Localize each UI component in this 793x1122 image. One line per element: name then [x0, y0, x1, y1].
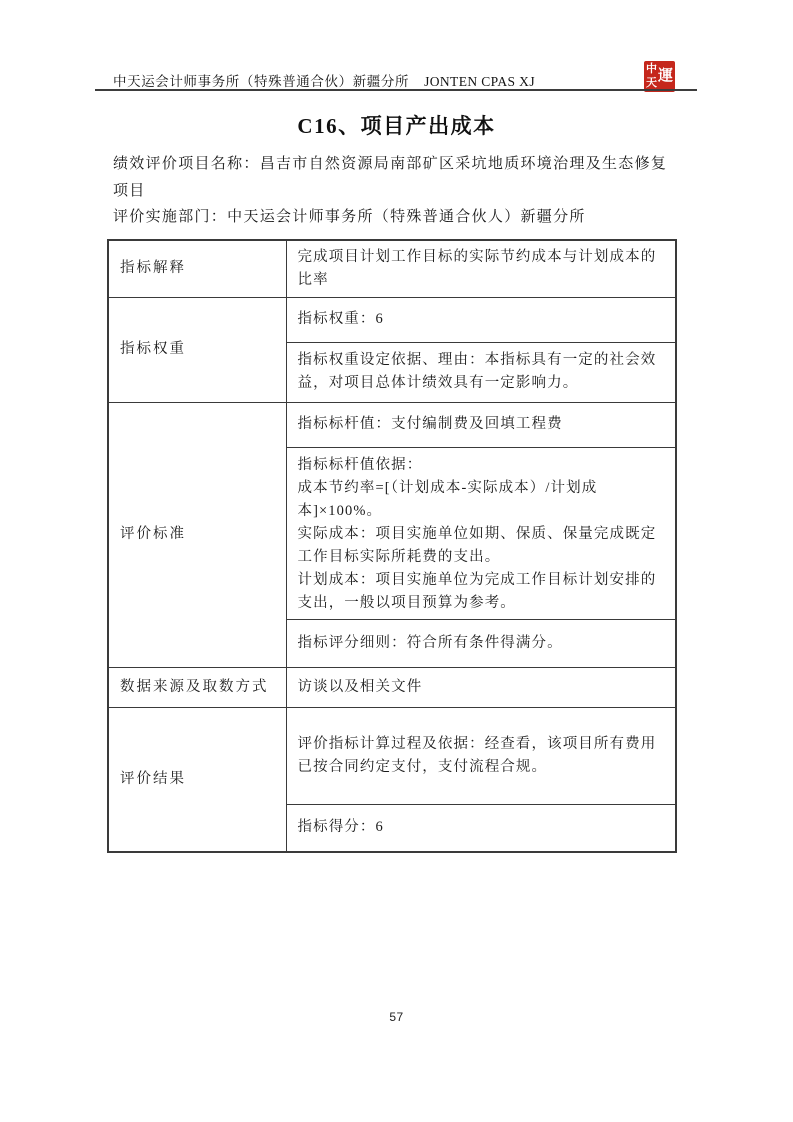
cell-text: 指标权重设定依据、理由：本指标具有一定的社会效益，对项目总体计绩效具有一定影响力…: [298, 349, 668, 395]
meta-block: 绩效评价项目名称：昌吉市自然资源局南部矿区采坑地质环境治理及生态修复项目 评价实…: [113, 151, 679, 231]
cell-text: 计划成本：项目实施单位为完成工作目标计划安排的支出，一般以项目预算为参考。: [298, 569, 668, 615]
table-row: 指标解释 完成项目计划工作目标的实际节约成本与计划成本的比率: [108, 240, 676, 297]
cell-text: 实际成本：项目实施单位如期、保质、保量完成既定工作目标实际所耗费的支出。: [298, 523, 668, 569]
cell-weight-basis: 指标权重设定依据、理由：本指标具有一定的社会效益，对项目总体计绩效具有一定影响力…: [286, 342, 676, 402]
table-row: 评价结果 评价指标计算过程及依据：经查看，该项目所有费用已按合同约定支付，支付流…: [108, 707, 676, 804]
firm-name-cn: 中天运会计师事务所（特殊普通合伙）新疆分所: [113, 74, 409, 89]
cell-data-source: 访谈以及相关文件: [286, 667, 676, 707]
document-page: 中天运会计师事务所（特殊普通合伙）新疆分所JONTEN CPAS XJ 中 天 …: [0, 0, 793, 1122]
cell-text: 访谈以及相关文件: [298, 676, 668, 699]
cell-benchmark-basis: 指标标杆值依据： 成本节约率=[（计划成本-实际成本）/计划成本]×100%。 …: [286, 447, 676, 619]
cell-text: 完成项目计划工作目标的实际节约成本与计划成本的比率: [298, 246, 668, 292]
cell-text: 指标得分：6: [298, 816, 668, 839]
row-label-data-source: 数据来源及取数方式: [108, 667, 286, 707]
cell-indicator-score: 指标得分：6: [286, 804, 676, 852]
table-row: 数据来源及取数方式 访谈以及相关文件: [108, 667, 676, 707]
table-row: 评价标准 指标标杆值：支付编制费及回填工程费: [108, 402, 676, 447]
cell-text: 评价指标计算过程及依据：经查看，该项目所有费用已按合同约定支付，支付流程合规。: [298, 733, 668, 779]
firm-name-en: JONTEN CPAS XJ: [424, 74, 535, 89]
department-line: 评价实施部门：中天运会计师事务所（特殊普通合伙人）新疆分所: [113, 204, 679, 231]
row-label-indicator-explanation: 指标解释: [108, 240, 286, 297]
page-header: 中天运会计师事务所（特殊普通合伙）新疆分所JONTEN CPAS XJ: [113, 70, 535, 90]
project-name-label: 绩效评价项目名称：: [113, 156, 260, 172]
indicator-table: 指标解释 完成项目计划工作目标的实际节约成本与计划成本的比率 指标权重 指标权重…: [107, 239, 677, 853]
cell-scoring-rule: 指标评分细则：符合所有条件得满分。: [286, 619, 676, 667]
seal-char-bottom: 天: [646, 78, 657, 89]
row-label-evaluation-criteria: 评价标准: [108, 402, 286, 667]
cell-text: 指标评分细则：符合所有条件得满分。: [298, 632, 668, 655]
department-label: 评价实施部门：: [113, 209, 227, 225]
table-row: 指标权重 指标权重：6: [108, 297, 676, 342]
row-label-indicator-weight: 指标权重: [108, 297, 286, 402]
cell-text: 指标权重：6: [298, 308, 668, 331]
row-label-evaluation-result: 评价结果: [108, 707, 286, 852]
project-name-line: 绩效评价项目名称：昌吉市自然资源局南部矿区采坑地质环境治理及生态修复项目: [113, 151, 679, 204]
cell-indicator-weight: 指标权重：6: [286, 297, 676, 342]
seal-left-column: 中 天: [644, 61, 657, 92]
department-value: 中天运会计师事务所（特殊普通合伙人）新疆分所: [227, 209, 586, 225]
cell-text: 指标标杆值依据：: [298, 454, 668, 477]
cell-text: 指标标杆值：支付编制费及回填工程费: [298, 413, 668, 436]
seal-right-column: 運: [657, 61, 675, 92]
cell-calculation-process: 评价指标计算过程及依据：经查看，该项目所有费用已按合同约定支付，支付流程合规。: [286, 707, 676, 804]
header-rule: [95, 89, 697, 91]
seal-char-top: 中: [646, 64, 657, 75]
page-number: 57: [0, 1010, 793, 1024]
page-title: C16、项目产出成本: [0, 110, 793, 140]
cell-benchmark-value: 指标标杆值：支付编制费及回填工程费: [286, 402, 676, 447]
company-seal-icon: 中 天 運: [644, 61, 675, 92]
cell-text: 成本节约率=[（计划成本-实际成本）/计划成本]×100%。: [298, 477, 668, 523]
cell-indicator-explanation: 完成项目计划工作目标的实际节约成本与计划成本的比率: [286, 240, 676, 297]
